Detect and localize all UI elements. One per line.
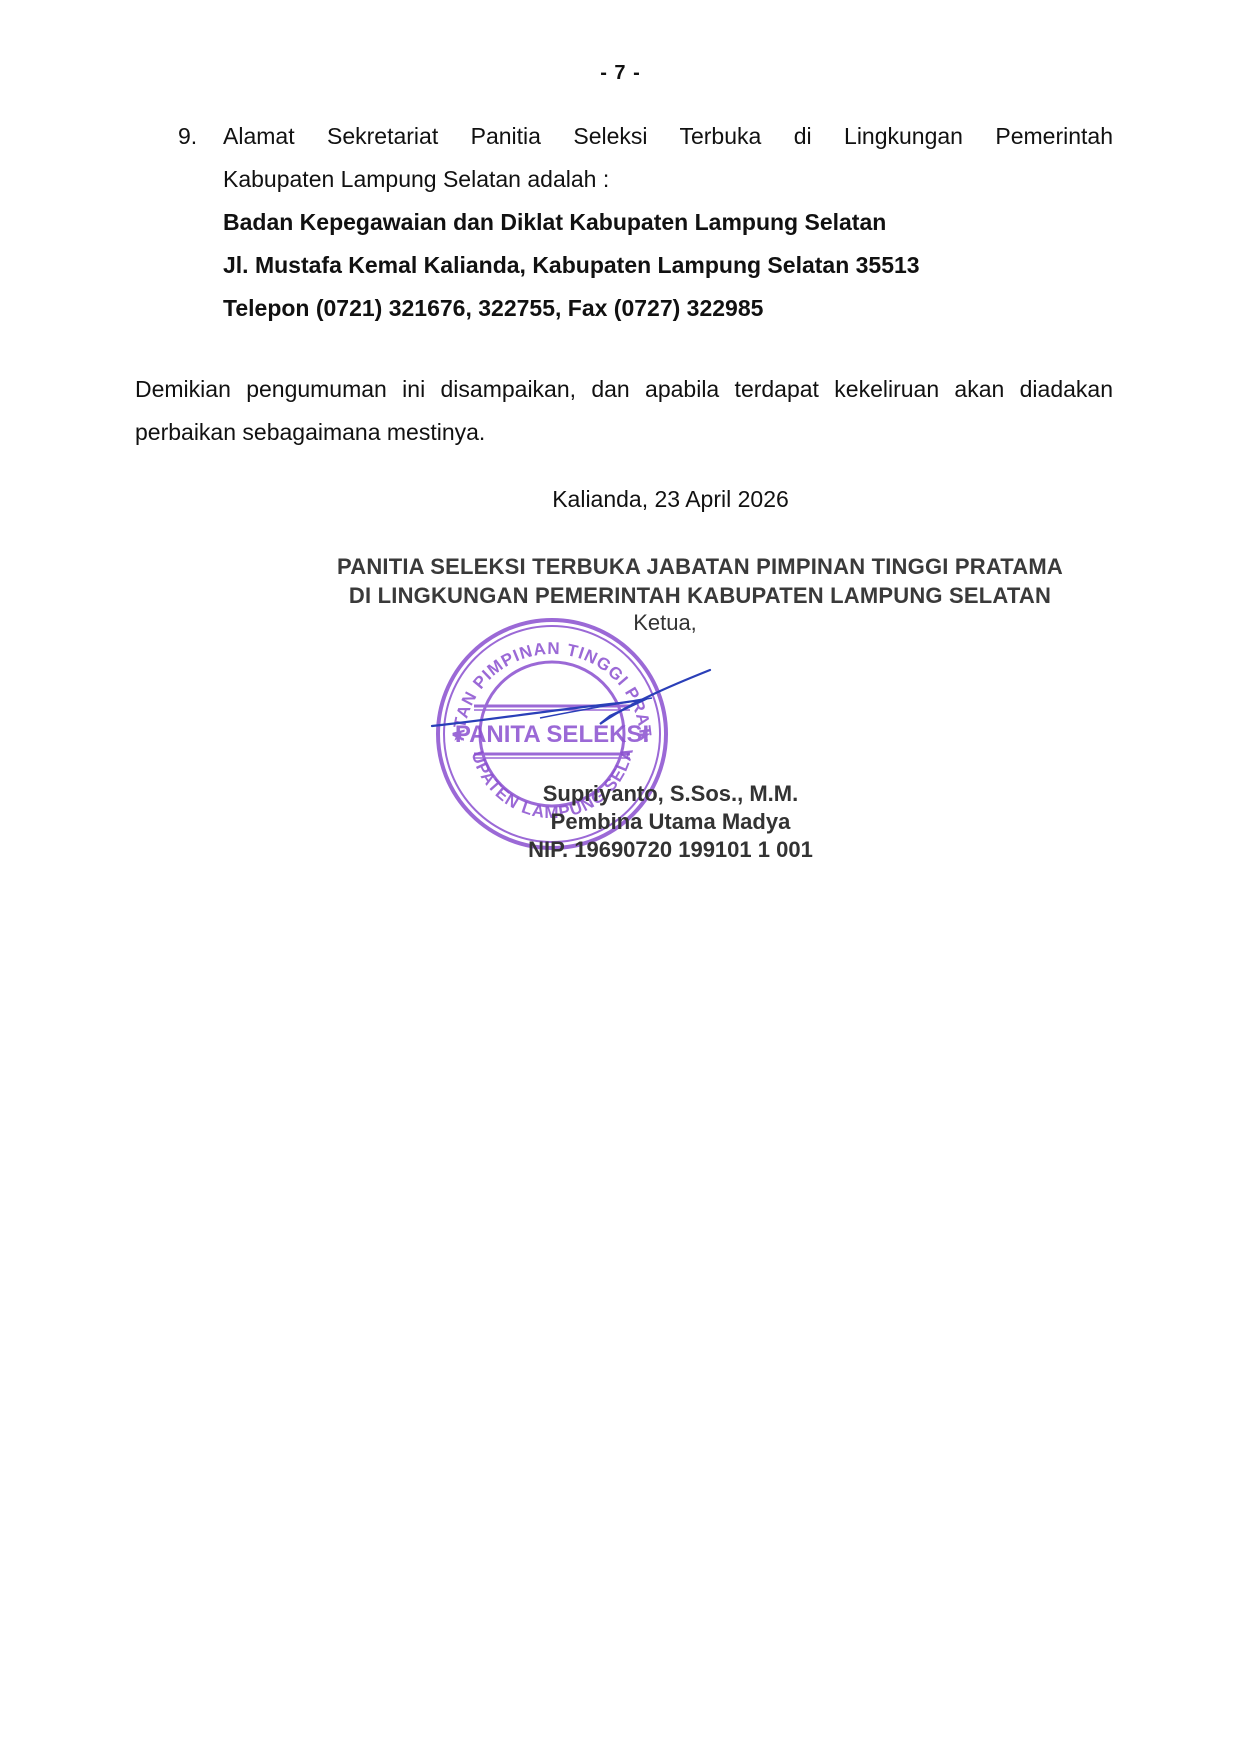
closing-line-1: Demikian pengumuman ini disampaikan, dan… — [135, 368, 1113, 411]
closing-paragraph: Demikian pengumuman ini disampaikan, dan… — [135, 368, 1113, 454]
signer-rank: Pembina Utama Madya — [0, 808, 1241, 836]
handwritten-signature-icon — [430, 668, 750, 748]
committee-line-1: PANITIA SELEKSI TERBUKA JABATAN PIMPINAN… — [200, 552, 1200, 581]
list-item-number: 9. — [178, 115, 197, 158]
signer-details: Supriyanto, S.Sos., M.M. Pembina Utama M… — [0, 780, 1241, 864]
closing-line-2: perbaikan sebagaimana mestinya. — [135, 411, 1113, 454]
signature-header: PANITIA SELEKSI TERBUKA JABATAN PIMPINAN… — [200, 552, 1200, 636]
page-number: - 7 - — [0, 62, 1241, 85]
signer-name: Supriyanto, S.Sos., M.M. — [0, 780, 1241, 808]
place-date: Kalianda, 23 April 2026 — [0, 486, 1241, 513]
committee-line-2: DI LINGKUNGAN PEMERINTAH KABUPATEN LAMPU… — [200, 581, 1200, 610]
list-item-secretariat-address: 9. Alamat Sekretariat Panitia Seleksi Te… — [178, 115, 1113, 330]
intro-line-1: Alamat Sekretariat Panitia Seleksi Terbu… — [223, 115, 1113, 158]
address-line-3: Telepon (0721) 321676, 322755, Fax (0727… — [223, 287, 1113, 330]
address-line-1: Badan Kepegawaian dan Diklat Kabupaten L… — [223, 201, 1113, 244]
signer-nip: NIP. 19690720 199101 1 001 — [0, 836, 1241, 864]
address-line-2: Jl. Mustafa Kemal Kalianda, Kabupaten La… — [223, 244, 1113, 287]
intro-line-2: Kabupaten Lampung Selatan adalah : — [223, 158, 1113, 201]
